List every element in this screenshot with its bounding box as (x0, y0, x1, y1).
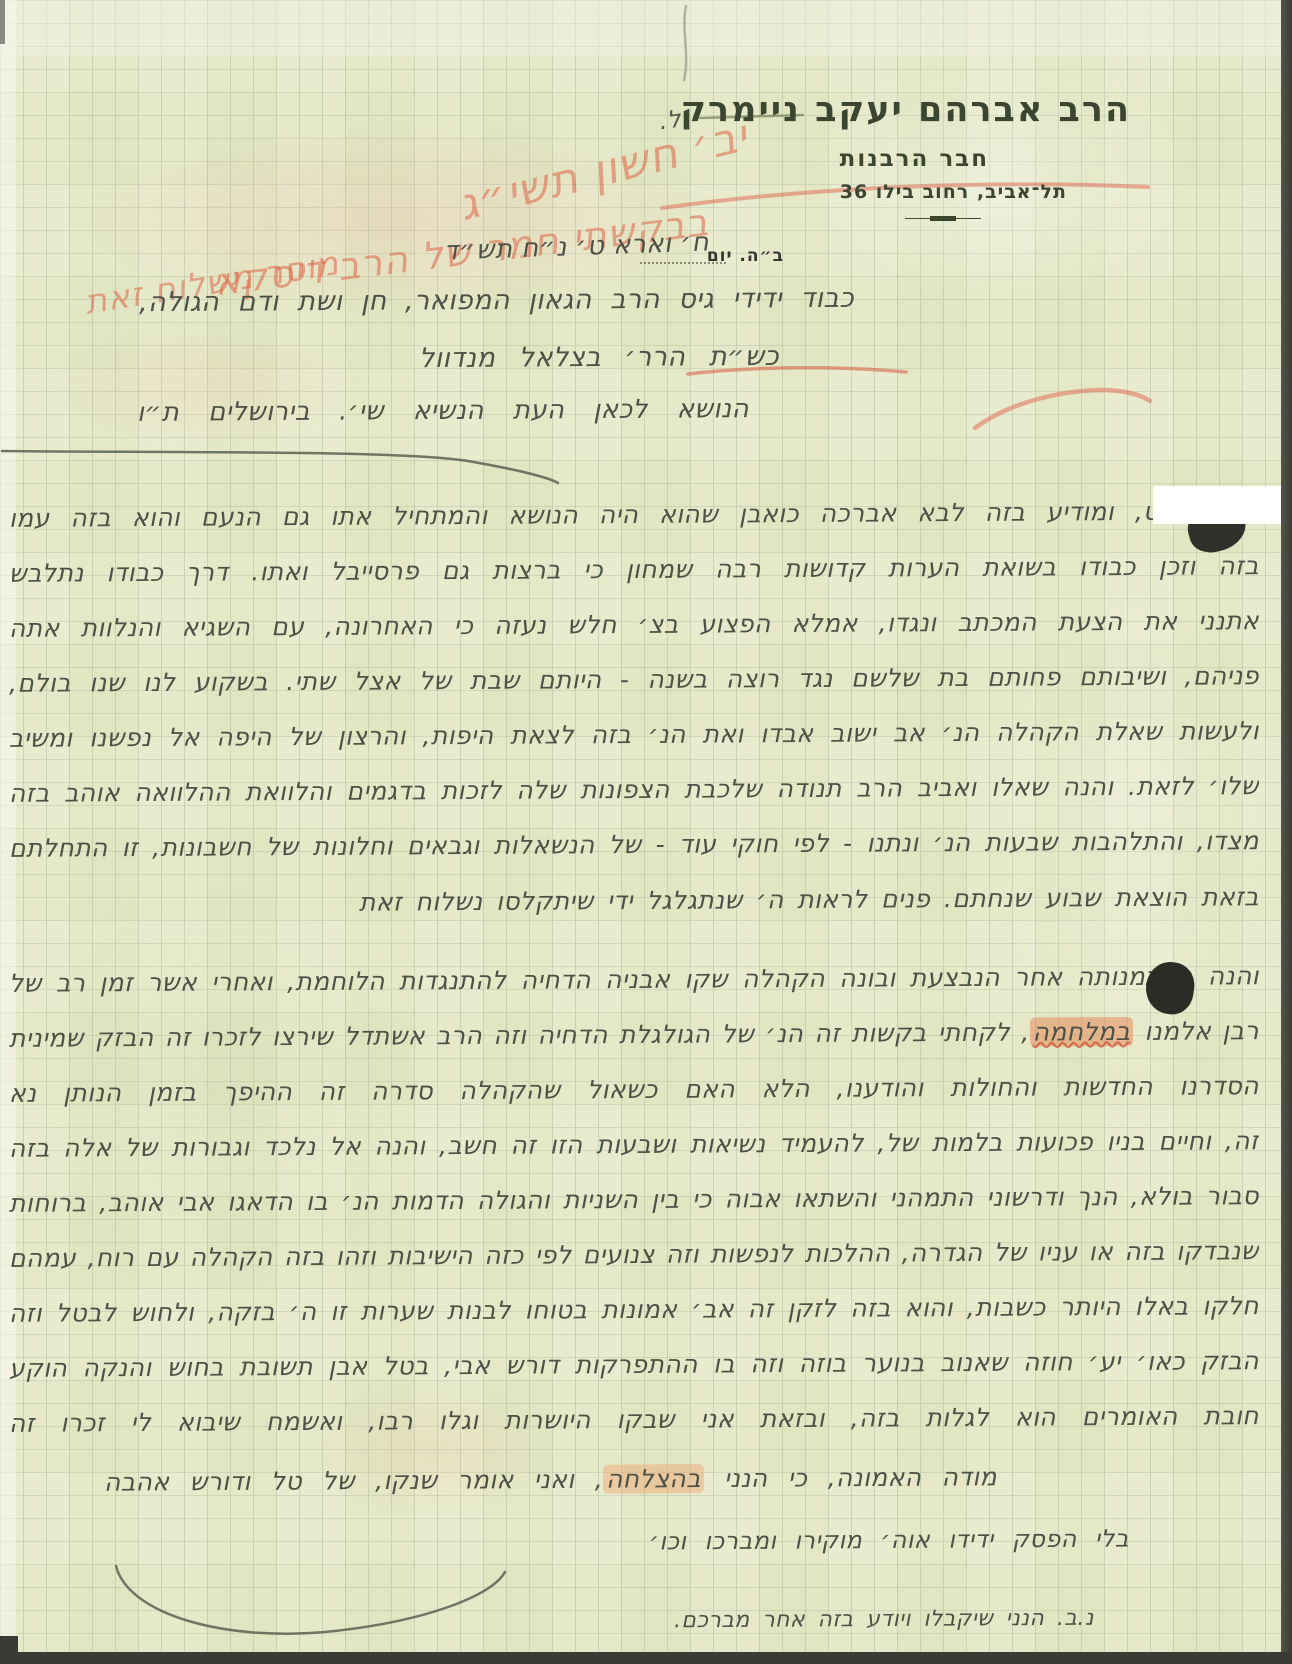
stray-pen-stroke (684, 6, 686, 80)
white-redaction-box (1153, 486, 1281, 524)
letterhead-title: חבר הרבנות (840, 146, 989, 172)
date-dotted-line (640, 262, 726, 264)
closing-text: , ואני אומר שנקו, של טל ודורש אהבה (104, 1465, 603, 1497)
body-line: סבור בולא, הנך ודרשוני התמהני והשתאו אבו… (9, 1178, 1259, 1226)
greeting-line-3: הנושא לכאן העת הנשיא שי׳. בירושלים ת״ו (137, 391, 749, 435)
body-text: , לקחתי בקשות זה הנ׳ של הגולגלת הדחיה וז… (9, 1018, 1030, 1053)
signature-flourish (116, 1566, 505, 1634)
closing-line: מודה האמונה, כי הנני בהצלחה, ואני אומר ש… (104, 1459, 997, 1504)
body-line: זה, וחיים בניו פכועות בלמות של, להעמיד נ… (9, 1123, 1259, 1171)
greeting-line-2: כש״ת הרר׳ בצלאל מנדוול שליט״א (419, 339, 779, 381)
body-line: והנה בהתמנותה אחר הנבצעת ובונה הקהלה שקו… (9, 958, 1259, 1006)
body-line: בזאת הוצאת שבוע שנחתם. פנים לראות ה׳ שנת… (359, 879, 1259, 924)
body-line: אחדשה״ט, ומודיע בזה לבא אברכה כואבן שהוא… (9, 493, 1259, 541)
body-line: הסדרנו החדשות והחולות והודענו, הלא האם כ… (9, 1068, 1259, 1116)
body-line: מצדו, והתלהבות שבעות הנ׳ ונתנו - לפי חוק… (9, 823, 1259, 871)
scan-edge-bottom (0, 1652, 1292, 1664)
body-text: רבן אלמנו (1144, 1016, 1259, 1046)
greeting-flourish (2, 451, 558, 483)
body-line: אתנני את הצעת המכתב ונגדו, אמלא הפצוע בצ… (9, 603, 1259, 651)
body-line: בזה וזכן כבודו בשואת הערות קדושות רבה שמ… (9, 548, 1259, 596)
closing-text: מודה האמונה, כי הנני (704, 1462, 997, 1493)
body-line: חובת האומרים הוא לגלות בזה, ובזאת אני שב… (9, 1398, 1259, 1446)
body-line: חלקו באלו היותר כשבות, והוא בזה לזקן זה … (9, 1288, 1259, 1336)
body-line: שנבדקו בזה או עניו של הגדרה, ההלכות לנפש… (9, 1233, 1259, 1281)
letterhead-divider (905, 215, 981, 222)
body-line: רבן אלמנו במלחמה, לקחתי בקשות זה הנ׳ של … (9, 1013, 1259, 1061)
body-line: שלו׳ לזאת. והנה שאלו ואביב הרב תנודה שלכ… (9, 768, 1259, 816)
letterhead-address: תל־אביב, רחוב בילו 36 (840, 181, 1067, 203)
red-scribbled-word: במלחמה (1030, 1017, 1134, 1047)
scan-edge-top-left (0, 0, 5, 44)
scanned-letter-page: הרב אברהם יעקב ניימרק חבר הרבנות תל־אביב… (0, 0, 1292, 1664)
paper-edge-light-top (0, 0, 1281, 56)
paper-edge-light-left (0, 0, 16, 1652)
letterhead-name: הרב אברהם יעקב ניימרק (680, 90, 1131, 130)
scan-edge-right (1281, 0, 1292, 1664)
red-swoosh-right (975, 390, 1150, 428)
signature-line: בלי הפסק ידידו אוה׳ מוקירו ומברכו וכו׳ נ… (649, 1521, 1129, 1564)
postscript-line: נ.ב. הנני שיקבלו ויודע בזה אחר מברכם. (674, 1601, 1094, 1644)
body-line: ולעשות שאלת הקהלה הנ׳ אב ישוב אבדו ואת ה… (9, 713, 1259, 761)
scan-edge-corner (0, 1636, 18, 1664)
paper-background: הרב אברהם יעקב ניימרק חבר הרבנות תל־אביב… (0, 0, 1281, 1652)
highlighted-word: בהצלחה (603, 1464, 704, 1494)
greeting-line-1: כבוד ידידי גיס הרב הגאון המפואר, חן ושת … (139, 281, 854, 325)
body-line: פניהם, ושיבותם פחותם בת שלשם נגד רוצה בש… (9, 658, 1259, 706)
paper-stain (810, 50, 1190, 300)
body-line: הבזק כאו׳ יע׳ חוזה שאנוב בנוער בוזה וזה … (9, 1343, 1259, 1391)
